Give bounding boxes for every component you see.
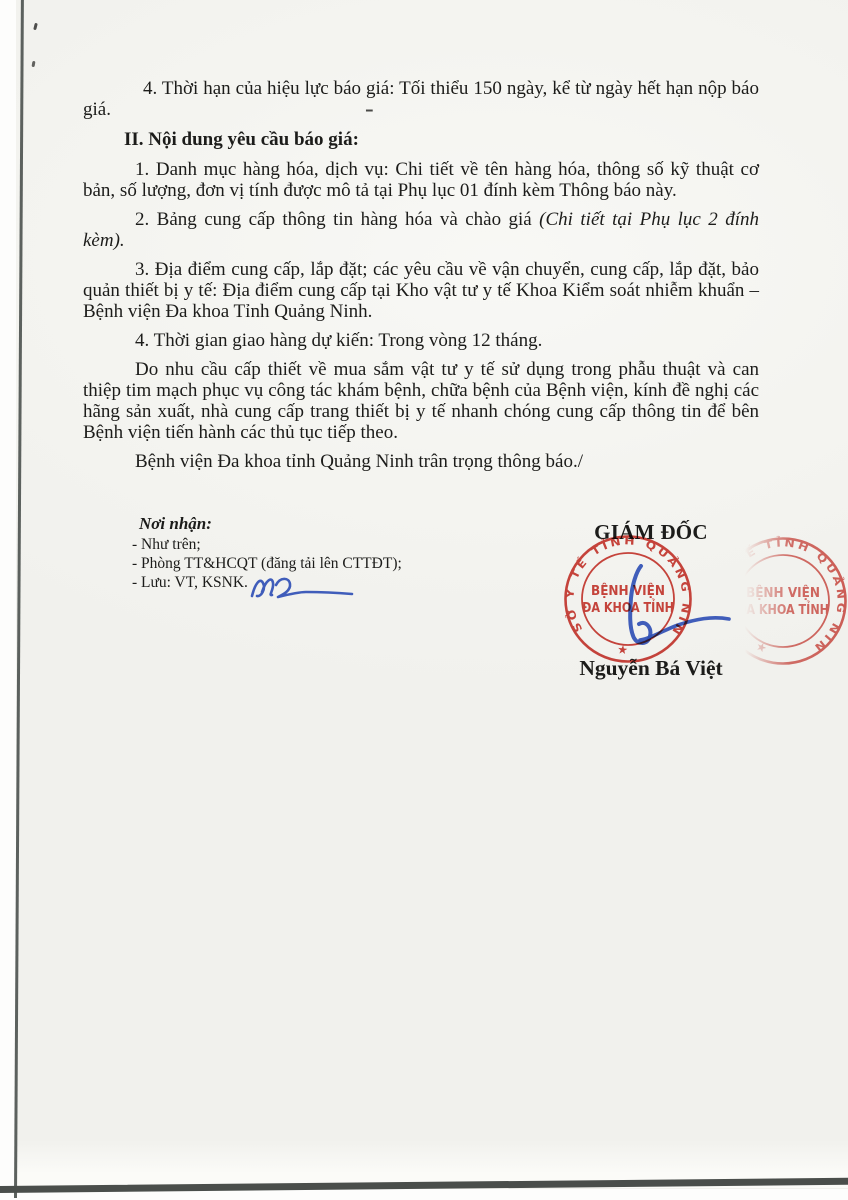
paragraph-item3: 3. Địa điểm cung cấp, lắp đặt; các yêu c… [83, 259, 759, 322]
paragraph-closing: Bệnh viện Đa khoa tỉnh Quảng Ninh trân t… [83, 451, 759, 472]
recipient-line: - Lưu: VT, KSNK. [132, 573, 402, 592]
recipients-block: Nơi nhận: - Như trên; - Phòng TT&HCQT (đ… [132, 514, 402, 592]
paragraph-request: Do nhu cầu cấp thiết về mua sắm vật tư y… [83, 359, 759, 443]
paragraph-validity: 4. Thời hạn của hiệu lực báo giá: Tối th… [83, 78, 759, 120]
recipient-line: - Như trên; [132, 535, 402, 554]
section-heading: II. Nội dung yêu cầu báo giá: [83, 129, 759, 150]
paragraph-item4: 4. Thời gian giao hàng dự kiến: Trong vò… [83, 330, 759, 351]
recipients-label: Nơi nhận: [139, 514, 402, 534]
signer-title: GIÁM ĐỐC [556, 520, 746, 545]
document-body: 4. Thời hạn của hiệu lực báo giá: Tối th… [83, 78, 759, 480]
paragraph-item1: 1. Danh mục hàng hóa, dịch vụ: Chi tiết … [83, 159, 759, 201]
signer-name: Nguyễn Bá Việt [548, 656, 754, 681]
recipient-line: - Phòng TT&HCQT (đăng tải lên CTTĐT); [132, 554, 402, 573]
paragraph-item2: 2. Bảng cung cấp thông tin hàng hóa và c… [83, 209, 759, 251]
item2-normal-text: 2. Bảng cung cấp thông tin hàng hóa và c… [135, 209, 539, 230]
scanned-document-page: - 4. Thời hạn của hiệu lực báo giá: Tối … [0, 0, 848, 1200]
